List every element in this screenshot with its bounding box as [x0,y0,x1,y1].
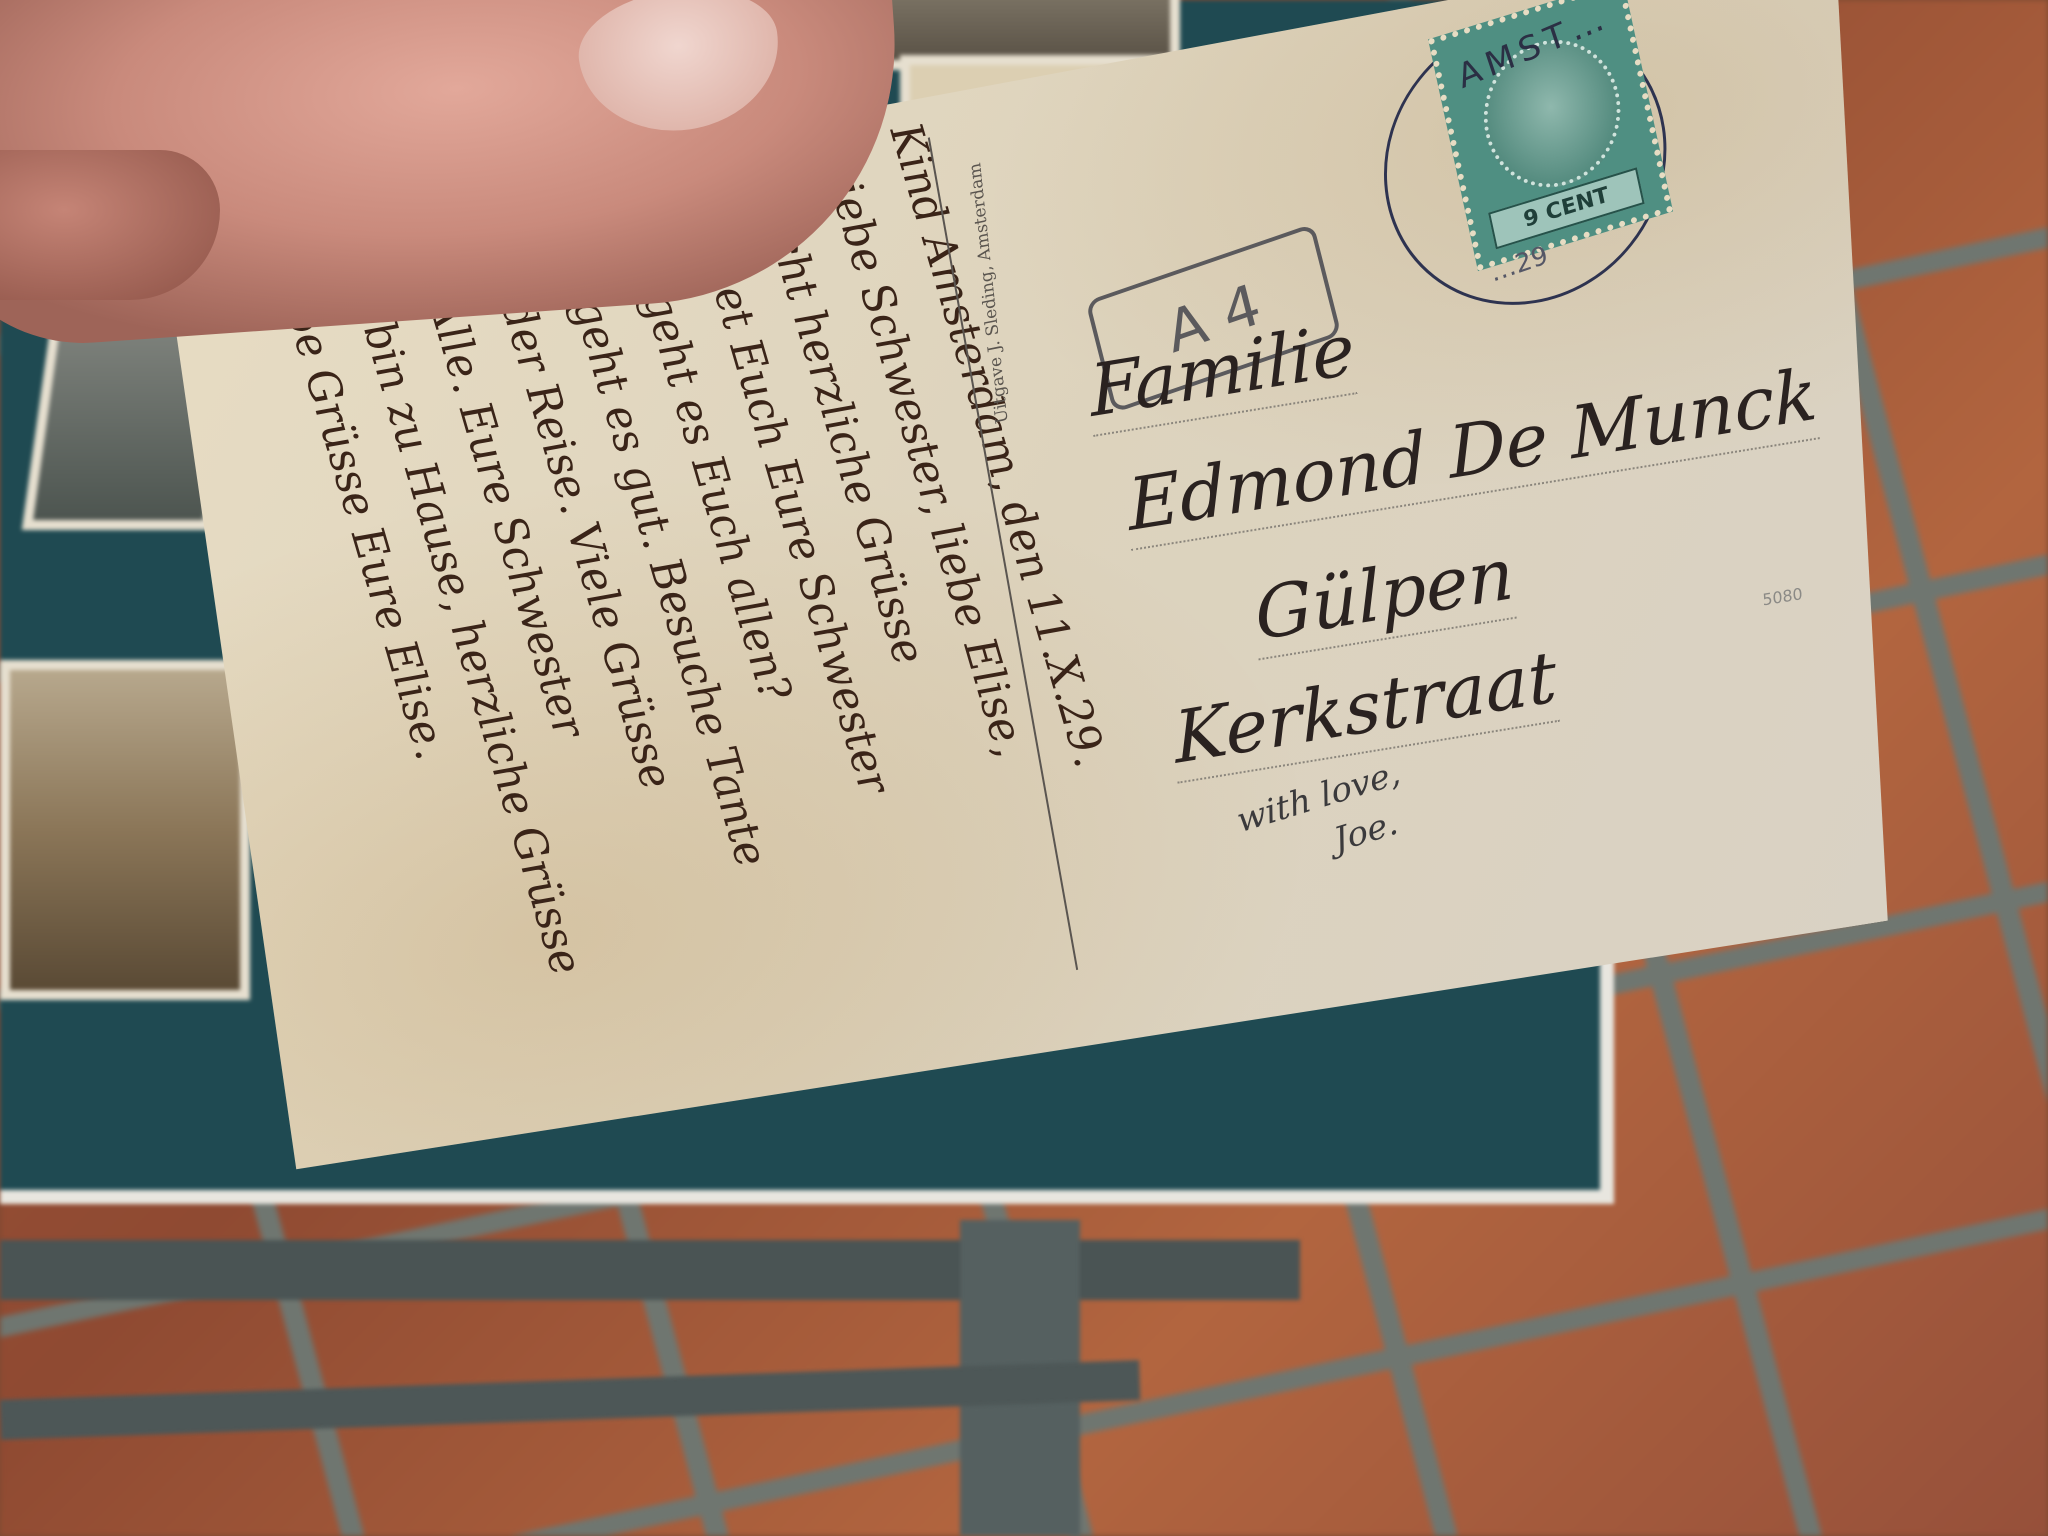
card-number: 5080 [1762,584,1803,609]
address-line-town: Gülpen [1252,531,1516,660]
finger [0,150,220,300]
album-photo-street-scene [0,660,250,1000]
signoff-note: with love, Joe. [1233,749,1415,891]
metal-stand [0,1240,1300,1300]
